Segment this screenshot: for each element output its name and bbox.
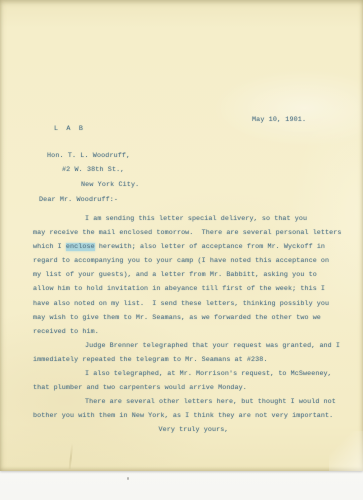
page-corner-fold [329,431,363,471]
letter-line: have also noted on my list. I send these… [33,297,336,311]
reference-initials: L A B [54,125,85,133]
line-text: I also telegraphed, at Mr. Morrison's re… [85,370,332,378]
salutation: Dear Mr. Woodruff:- [39,196,118,204]
line-text: bother you with them in New York, as I t… [33,412,333,420]
line-text: Very truly yours, [159,426,229,434]
letter-line: allow him to hold invitation in abeyance… [33,282,336,296]
line-text: allow him to hold invitation in abeyance… [33,285,325,293]
letter-line: bother you with them in New York, as I t… [33,409,336,423]
closing-line: Very truly yours, [33,423,336,437]
letter-line: my list of your guests), and a letter fr… [33,268,336,282]
scanned-letter-scene: May 10, 1901. L A B Hon. T. L. Woodruff,… [0,0,363,500]
line-text: my list of your guests), and a letter fr… [33,271,317,279]
line-text: immediately repeated the telegram to Mr.… [33,356,267,364]
letter-line: I also telegraphed, at Mr. Morrison's re… [33,367,336,381]
scan-speck [127,477,129,480]
letter-line: received to him. [33,325,336,339]
letter-date: May 10, 1901. [252,116,306,124]
line-text: There are several other letters here, bu… [85,398,336,406]
recipient-street: #2 W. 38th St., [62,166,124,174]
line-text: regard to accompanying you to your camp … [33,257,329,265]
line-text: may wish to give them to Mr. Seamans, as… [33,314,321,322]
line-text: I am sending this letter special deliver… [85,215,307,223]
line-text: which I [33,243,66,251]
line-text: Judge Brenner telegraphed that your requ… [85,342,340,350]
highlighted-word: enclose [66,243,95,251]
recipient-city: New York City. [81,181,139,189]
recipient-name: Hon. T. L. Woodruff, [47,152,130,160]
line-text: received to him. [33,328,99,336]
letter-line: that plumber and two carpenters would ar… [33,381,336,395]
letter-line: immediately repeated the telegram to Mr.… [33,353,336,367]
letter-line: may receive the mail enclosed tomorrow. … [33,226,336,240]
letter-body: I am sending this letter special deliver… [33,212,336,438]
line-text: herewith; also letter of acceptance from… [95,243,325,251]
line-text: have also noted on my list. I send these… [33,300,329,308]
letter-line: I am sending this letter special deliver… [33,212,336,226]
paper-crease [69,443,74,469]
letter-line: Judge Brenner telegraphed that your requ… [33,339,336,353]
letter-line: may wish to give them to Mr. Seamans, as… [33,311,336,325]
letter-page: May 10, 1901. L A B Hon. T. L. Woodruff,… [0,0,363,471]
letter-line: which I enclose herewith; also letter of… [33,240,336,254]
letter-line: There are several other letters here, bu… [33,395,336,409]
letter-line: regard to accompanying you to your camp … [33,254,336,268]
line-text: may receive the mail enclosed tomorrow. … [33,229,342,237]
line-text: that plumber and two carpenters would ar… [33,384,247,392]
